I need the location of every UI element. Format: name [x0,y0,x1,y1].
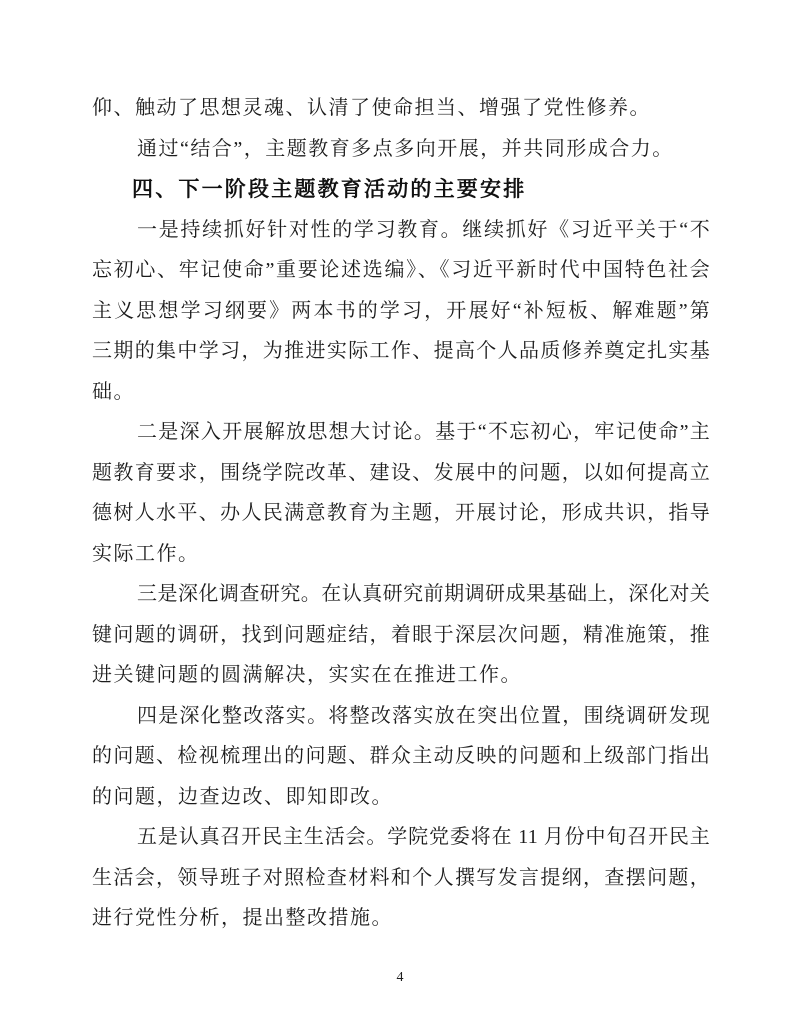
paragraph: 一是持续抓好针对性的学习教育。继续抓好《习近平关于“不忘初心、牢记使命”重要论述… [92,210,710,413]
text-line: 德树人水平、办人民满意教育为主题，开展讨论，形成共识，指导 [92,493,710,534]
text-line: 题教育要求，围绕学院改革、建设、发展中的问题，以如何提高立 [92,453,710,494]
paragraph: 二是深入开展解放思想大讨论。基于“不忘初心，牢记使命”主题教育要求，围绕学院改革… [92,412,710,574]
text-line: 三期的集中学习，为推进实际工作、提高个人品质修养奠定扎实基 [92,331,710,372]
paragraph: 三是深化调查研究。在认真研究前期调研成果基础上，深化对关键问题的调研，找到问题症… [92,574,710,696]
text-line: 实际工作。 [92,534,710,575]
text-line: 础。 [92,372,710,413]
paragraph: 五是认真召开民主生活会。学院党委将在 11 月份中旬召开民主生活会，领导班子对照… [92,817,710,939]
section-heading: 四、下一阶段主题教育活动的主要安排 [92,169,710,210]
text-line: 键问题的调研，找到问题症结，着眼于深层次问题，精准施策，推 [92,615,710,656]
text-line: 生活会，领导班子对照检查材料和个人撰写发言提纲，查摆问题， [92,858,710,899]
text-line: 四是深化整改落实。将整改落实放在突出位置，围绕调研发现 [92,696,710,737]
text-line: 进行党性分析，提出整改措施。 [92,898,710,939]
text-line: 的问题、检视梳理出的问题、群众主动反映的问题和上级部门指出 [92,736,710,777]
text-line: 仰、触动了思想灵魂、认清了使命担当、增强了党性修养。 [92,88,710,129]
text-line: 二是深入开展解放思想大讨论。基于“不忘初心，牢记使命”主 [92,412,710,453]
text-line: 三是深化调查研究。在认真研究前期调研成果基础上，深化对关 [92,574,710,615]
paragraph: 四是深化整改落实。将整改落实放在突出位置，围绕调研发现的问题、检视梳理出的问题、… [92,696,710,818]
page-number: 4 [0,966,800,990]
text-line: 一是持续抓好针对性的学习教育。继续抓好《习近平关于“不 [92,210,710,251]
text-line: 通过“结合”，主题教育多点多向开展，并共同形成合力。 [92,129,710,170]
text-line: 忘初心、牢记使命”重要论述选编》、《习近平新时代中国特色社会 [92,250,710,291]
text-line: 四、下一阶段主题教育活动的主要安排 [92,169,710,210]
document-page: 仰、触动了思想灵魂、认清了使命担当、增强了党性修养。通过“结合”，主题教育多点多… [0,0,800,1035]
paragraph: 通过“结合”，主题教育多点多向开展，并共同形成合力。 [92,129,710,170]
text-line: 的问题，边查边改、即知即改。 [92,777,710,818]
text-line: 主义思想学习纲要》两本书的学习，开展好“补短板、解难题”第 [92,291,710,332]
text-line: 进关键问题的圆满解决，实实在在推进工作。 [92,655,710,696]
paragraph: 仰、触动了思想灵魂、认清了使命担当、增强了党性修养。 [92,88,710,129]
document-body: 仰、触动了思想灵魂、认清了使命担当、增强了党性修养。通过“结合”，主题教育多点多… [92,88,710,939]
text-line: 五是认真召开民主生活会。学院党委将在 11 月份中旬召开民主 [92,817,710,858]
